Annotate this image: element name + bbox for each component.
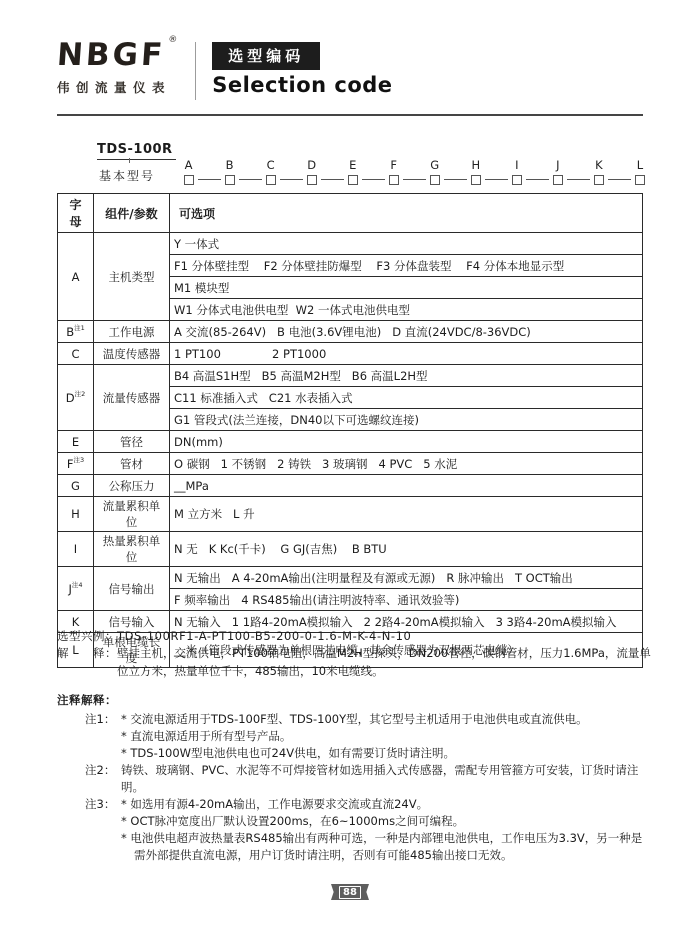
code-slot-h: H bbox=[471, 158, 481, 185]
note-line: * OCT脉冲宽度出厂默认设置200ms，在6~1000ms之间可编程。 bbox=[121, 813, 652, 830]
code-slot-c: C bbox=[266, 158, 276, 185]
catalog-page: NBGF® 伟创流量仪表 选型编码 Selection code TDS-100… bbox=[0, 0, 700, 943]
example-line: 选型兴例： TDS-100RF1-A-PT100-B5-200-0-1.6-M-… bbox=[57, 628, 655, 645]
note-label: 注2： bbox=[85, 762, 121, 796]
brand-logo-text: NBGF bbox=[56, 37, 167, 73]
code-box bbox=[553, 175, 563, 185]
model-code-section: TDS-100R 基本型号 ABCDEFGHIJKL bbox=[97, 138, 645, 184]
table-row: G公称压力__MPa bbox=[58, 475, 643, 497]
code-box bbox=[266, 175, 276, 185]
brand-logo: NBGF® bbox=[56, 40, 178, 71]
option-cell: DN(mm) bbox=[170, 431, 643, 453]
section-title-block: 选型编码 Selection code bbox=[212, 40, 392, 97]
table-row: D注2流量传感器B4 高温S1H型 B5 高温M2H型 B6 高温L2H型 bbox=[58, 365, 643, 387]
note-label: 注3： bbox=[85, 796, 121, 864]
page-header: NBGF® 伟创流量仪表 选型编码 Selection code bbox=[57, 40, 643, 100]
section-title-cn: 选型编码 bbox=[212, 42, 320, 70]
option-cell: M 立方米 L 升 bbox=[170, 497, 643, 532]
header-divider bbox=[195, 42, 196, 100]
letter-cell: B注1 bbox=[58, 321, 94, 343]
table-row: C温度传感器1 PT100 2 PT1000 bbox=[58, 343, 643, 365]
note-line: * 直流电源适用于所有型号产品。 bbox=[121, 728, 652, 745]
notes-list: 注1：* 交流电源适用于TDS-100F型、TDS-100Y型，其它型号主机适用… bbox=[57, 711, 652, 864]
option-cell: F1 分体壁挂型 F2 分体壁挂防爆型 F3 分体盘装型 F4 分体本地显示型 bbox=[170, 255, 643, 277]
note-line: * TDS-100W型电池供电也可24V供电，如有需要订货时请注明。 bbox=[121, 745, 652, 762]
letter-cell: D注2 bbox=[58, 365, 94, 431]
code-slot-g: G bbox=[430, 158, 440, 185]
notes-title: 注释解释： bbox=[57, 692, 652, 709]
code-dash bbox=[567, 179, 590, 180]
code-dash bbox=[198, 179, 221, 180]
option-cell: G1 管段式(法兰连接，DN40以下可选螺纹连接) bbox=[170, 409, 643, 431]
registered-mark-icon: ® bbox=[168, 35, 181, 45]
option-cell: M1 模块型 bbox=[170, 277, 643, 299]
page-number-badge: 88 bbox=[331, 884, 369, 900]
code-letter: L bbox=[637, 158, 643, 172]
code-box bbox=[512, 175, 522, 185]
letter-cell: J注4 bbox=[58, 567, 94, 611]
code-slot-l: L bbox=[635, 158, 645, 185]
note-item: 注1：* 交流电源适用于TDS-100F型、TDS-100Y型，其它型号主机适用… bbox=[85, 711, 652, 762]
component-cell: 流量传感器 bbox=[94, 365, 170, 431]
selection-table: 字母 组件/参数 可选项 A主机类型Y 一体式F1 分体壁挂型 F2 分体壁挂防… bbox=[57, 193, 643, 668]
col-header-component: 组件/参数 bbox=[94, 194, 170, 233]
letter-cell: H bbox=[58, 497, 94, 532]
letter-cell: G bbox=[58, 475, 94, 497]
header-rule bbox=[57, 114, 643, 116]
note-line: * 如选用有源4-20mA输出，工作电源要求交流或直流24V。 bbox=[121, 796, 652, 813]
code-slot-a: A bbox=[184, 158, 194, 185]
code-dash bbox=[444, 179, 467, 180]
notes-block: 注释解释： 注1：* 交流电源适用于TDS-100F型、TDS-100Y型，其它… bbox=[57, 692, 652, 864]
letter-cell: I bbox=[58, 532, 94, 567]
example-label: 选型兴例： bbox=[57, 628, 117, 645]
option-cell: B4 高温S1H型 B5 高温M2H型 B6 高温L2H型 bbox=[170, 365, 643, 387]
option-cell: N 无输出 A 4-20mA输出(注明量程及有源或无源) R 脉冲输出 T OC… bbox=[170, 567, 643, 589]
code-dash bbox=[239, 179, 262, 180]
section-title-en: Selection code bbox=[212, 73, 392, 97]
code-box bbox=[430, 175, 440, 185]
table-row: H流量累积单位M 立方米 L 升 bbox=[58, 497, 643, 532]
code-dash bbox=[485, 179, 508, 180]
code-letter: I bbox=[515, 158, 518, 172]
brand-tagline: 伟创流量仪表 bbox=[57, 78, 177, 96]
code-box bbox=[471, 175, 481, 185]
note-content: 铸铁、玻璃钢、PVC、水泥等不可焊接管材如选用插入式传感器，需配专用管箍方可安装… bbox=[121, 762, 652, 796]
note-item: 注3：* 如选用有源4-20mA输出，工作电源要求交流或直流24V。* OCT脉… bbox=[85, 796, 652, 864]
brand-logo-block: NBGF® 伟创流量仪表 bbox=[57, 40, 177, 96]
component-cell: 公称压力 bbox=[94, 475, 170, 497]
code-slot-d: D bbox=[307, 158, 317, 185]
component-cell: 工作电源 bbox=[94, 321, 170, 343]
option-cell: F 频率输出 4 RS485输出(请注明波特率、通讯效验等) bbox=[170, 589, 643, 611]
letter-cell: C bbox=[58, 343, 94, 365]
letter-cell: A bbox=[58, 233, 94, 321]
note-line: * 交流电源适用于TDS-100F型、TDS-100Y型，其它型号主机适用于电池… bbox=[121, 711, 652, 728]
code-dash bbox=[403, 179, 426, 180]
base-model-label: 基本型号 bbox=[99, 167, 176, 184]
option-cell: 1 PT100 2 PT1000 bbox=[170, 343, 643, 365]
code-slot-j: J bbox=[553, 158, 563, 185]
selection-table-body: A主机类型Y 一体式F1 分体壁挂型 F2 分体壁挂防爆型 F3 分体盘装型 F… bbox=[58, 233, 643, 668]
code-letter: J bbox=[556, 158, 559, 172]
table-row: J注4信号输出N 无输出 A 4-20mA输出(注明量程及有源或无源) R 脉冲… bbox=[58, 567, 643, 589]
code-letter: G bbox=[430, 158, 439, 172]
option-cell: W1 分体式电池供电型 W2 一体式电池供电型 bbox=[170, 299, 643, 321]
code-letter: K bbox=[595, 158, 603, 172]
table-row: E管径DN(mm) bbox=[58, 431, 643, 453]
component-cell: 主机类型 bbox=[94, 233, 170, 321]
code-dash bbox=[362, 179, 385, 180]
component-cell: 管材 bbox=[94, 453, 170, 475]
page-number: 88 bbox=[339, 886, 361, 899]
code-dash bbox=[321, 179, 344, 180]
model-code: TDS-100R bbox=[97, 142, 176, 160]
component-cell: 信号输出 bbox=[94, 567, 170, 611]
selection-table-head: 字母 组件/参数 可选项 bbox=[58, 194, 643, 233]
table-row: F注3管材O 碳钢 1 不锈钢 2 铸铁 3 玻璃钢 4 PVC 5 水泥 bbox=[58, 453, 643, 475]
code-slot-i: I bbox=[512, 158, 522, 185]
option-cell: C11 标准插入式 C21 水表插入式 bbox=[170, 387, 643, 409]
component-cell: 温度传感器 bbox=[94, 343, 170, 365]
note-label: 注1： bbox=[85, 711, 121, 762]
footnote-ref: 注3 bbox=[73, 456, 84, 464]
letter-cell: F注3 bbox=[58, 453, 94, 475]
note-line: * 电池供电超声波热量表RS485输出有两种可选，一种是内部锂电池供电，工作电压… bbox=[121, 830, 652, 864]
code-box bbox=[348, 175, 358, 185]
component-cell: 热量累积单位 bbox=[94, 532, 170, 567]
note-content: * 交流电源适用于TDS-100F型、TDS-100Y型，其它型号主机适用于电池… bbox=[121, 711, 652, 762]
explanation-label: 解 释： bbox=[57, 645, 117, 662]
code-letter: C bbox=[267, 158, 275, 172]
code-dash bbox=[280, 179, 303, 180]
footnote-ref: 注4 bbox=[72, 581, 83, 589]
note-content: * 如选用有源4-20mA输出，工作电源要求交流或直流24V。* OCT脉冲宽度… bbox=[121, 796, 652, 864]
code-slot-f: F bbox=[389, 158, 399, 185]
code-dash bbox=[526, 179, 549, 180]
code-slot-e: E bbox=[348, 158, 358, 185]
code-slot-k: K bbox=[594, 158, 604, 185]
footnote-ref: 注2 bbox=[75, 390, 86, 398]
code-box bbox=[184, 175, 194, 185]
option-cell: N 无 K Kc(千卡) G GJ(吉焦) B BTU bbox=[170, 532, 643, 567]
option-cell: A 交流(85-264V) B 电池(3.6V锂电池) D 直流(24VDC/8… bbox=[170, 321, 643, 343]
code-letter: H bbox=[471, 158, 480, 172]
code-dash bbox=[608, 179, 631, 180]
code-box bbox=[635, 175, 645, 185]
model-name-wrap: TDS-100R 基本型号 bbox=[97, 138, 176, 184]
option-cell: O 碳钢 1 不锈钢 2 铸铁 3 玻璃钢 4 PVC 5 水泥 bbox=[170, 453, 643, 475]
footnote-ref: 注1 bbox=[74, 324, 85, 332]
component-cell: 管径 bbox=[94, 431, 170, 453]
col-header-letter: 字母 bbox=[58, 194, 94, 233]
model-connector-line bbox=[129, 158, 130, 163]
note-item: 注2：铸铁、玻璃钢、PVC、水泥等不可焊接管材如选用插入式传感器，需配专用管箍方… bbox=[85, 762, 652, 796]
example-code: TDS-100RF1-A-PT100-B5-200-0-1.6-M-K-4-N-… bbox=[117, 628, 411, 645]
table-row: A主机类型Y 一体式 bbox=[58, 233, 643, 255]
option-cell: Y 一体式 bbox=[170, 233, 643, 255]
component-cell: 流量累积单位 bbox=[94, 497, 170, 532]
header-row: 字母 组件/参数 可选项 bbox=[58, 194, 643, 233]
table-row: I热量累积单位N 无 K Kc(千卡) G GJ(吉焦) B BTU bbox=[58, 532, 643, 567]
example-block: 选型兴例： TDS-100RF1-A-PT100-B5-200-0-1.6-M-… bbox=[57, 628, 655, 680]
code-letter: A bbox=[185, 158, 193, 172]
note-line: 铸铁、玻璃钢、PVC、水泥等不可焊接管材如选用插入式传感器，需配专用管箍方可安装… bbox=[121, 762, 652, 796]
code-box bbox=[307, 175, 317, 185]
model-code-row: TDS-100R 基本型号 ABCDEFGHIJKL bbox=[97, 138, 645, 184]
code-letter: B bbox=[226, 158, 234, 172]
letter-cell: E bbox=[58, 431, 94, 453]
code-letter: F bbox=[390, 158, 397, 172]
explanation-line: 解 释： 壁挂主机，交流供电，PT100铂电阻，高温M2H型探头，DN200管径… bbox=[57, 645, 655, 680]
code-slot-b: B bbox=[225, 158, 235, 185]
option-cell: __MPa bbox=[170, 475, 643, 497]
code-box bbox=[389, 175, 399, 185]
code-box bbox=[225, 175, 235, 185]
explanation-text: 壁挂主机，交流供电，PT100铂电阻，高温M2H型探头，DN200管径，碳钢管材… bbox=[117, 645, 655, 680]
code-letter: D bbox=[307, 158, 316, 172]
col-header-options: 可选项 bbox=[170, 194, 643, 233]
table-row: B注1工作电源A 交流(85-264V) B 电池(3.6V锂电池) D 直流(… bbox=[58, 321, 643, 343]
code-letter-row: ABCDEFGHIJKL bbox=[184, 158, 645, 185]
code-letter: E bbox=[349, 158, 356, 172]
code-box bbox=[594, 175, 604, 185]
